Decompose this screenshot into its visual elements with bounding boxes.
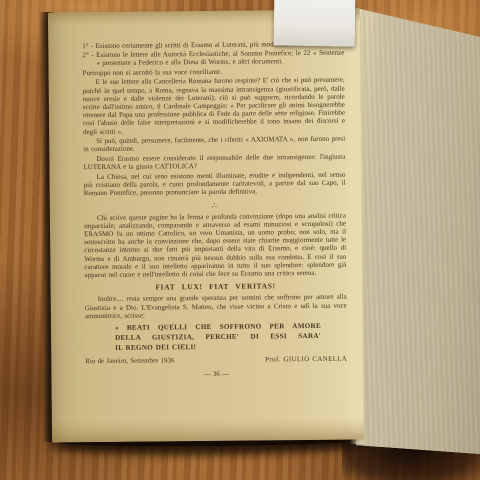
photo-open-book: 1° - Esistono certamente gli scritti di … <box>0 0 480 480</box>
paragraph-lettere: E le sue lettere alla Cancelleria Romana… <box>83 76 346 136</box>
gospel-quote-block: « BEATI QUELLI CHE SOFFRONO PER AMORE DE… <box>115 322 321 353</box>
list-text-2: Esistono le lettere alle Autorità Eccles… <box>96 49 344 68</box>
quote-line: DELLA GIUSTIZIA, PERCHE' DI ESSI SARA' <box>115 332 321 344</box>
page-number: — 36 — <box>85 369 347 380</box>
author-name: Prof. GIULIO CANELLA <box>265 356 347 365</box>
list-marker-1: 1° - <box>82 42 93 50</box>
fiat-lux-motto: FIAT LUX! FIAT VERITAS! <box>85 281 347 292</box>
paragraph-chiesa: La Chiesa, nel cui seno esistono menti i… <box>83 171 345 198</box>
section-ornament: ∴ <box>84 199 346 211</box>
page-text-block: 1° - Esistono certamente gli scritti di … <box>82 40 348 434</box>
quote-line: IL REGNO DEI CIELI! <box>115 342 321 354</box>
printed-book-page: 1° - Esistono certamente gli scritti di … <box>48 10 364 443</box>
place-date: Rio de Janeiro, Settembre 1936 <box>85 358 174 367</box>
facing-blank-page <box>356 8 480 454</box>
signature-row: Rio de Janeiro, Settembre 1936 Prof. GIU… <box>85 356 347 367</box>
paper-slip <box>274 0 356 47</box>
paragraph-inoltre: Inoltre.... resta sempre una grande sper… <box>85 293 347 320</box>
list-item-2: 2° - Esistono le lettere alle Autorità E… <box>82 49 344 68</box>
paragraph-dovra: Dovrà Erasmo essere considerato il respo… <box>83 153 345 172</box>
paragraph-chi-scrive: Chi scrive queste pagine ha la ferma e p… <box>84 211 347 279</box>
list-marker-2: 2° - <box>82 51 93 59</box>
paragraph-axiomata: Si può, quindi, presumere, facilmente, c… <box>83 135 345 154</box>
